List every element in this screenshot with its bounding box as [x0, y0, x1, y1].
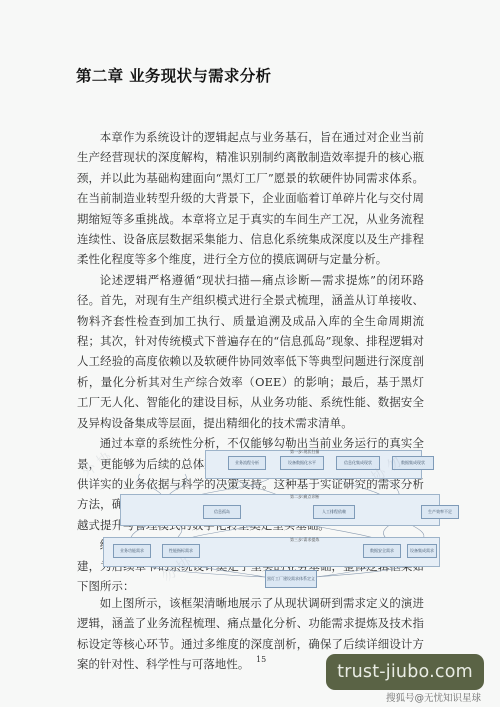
node-performance-requirements: 性能指标需求	[162, 544, 200, 558]
node-functional-requirements: 业务功能需求	[113, 544, 151, 558]
band-pain-diagnosis	[120, 494, 440, 526]
node-manual-scheduling: 人工排程依赖	[313, 505, 355, 519]
node-information-island: 信息孤岛	[203, 505, 241, 519]
chapter-title: 第二章 业务现状与需求分析	[76, 64, 271, 86]
band-label: 第二步:痛点诊断	[290, 494, 319, 500]
paragraph: 论述逻辑严格遵循“现状扫描—痛点诊断—需求提炼”的闭环路径。首先，对现有生产组织…	[77, 270, 424, 433]
band-label: 第一步:现状扫描	[290, 449, 319, 455]
logic-framework-diagram: 第一步:现状扫描 第二步:痛点诊断 第三步:需求提炼 业务流程分析 设备数据化水…	[100, 444, 435, 588]
node-equipment-digitization: 设备数据化水平	[280, 456, 324, 470]
node-data-integration: 数据集成现状	[392, 456, 434, 470]
node-integration-requirements: 设备集成需求	[407, 544, 437, 558]
watermark-caption: 搜狐号@无忧知识星球	[386, 690, 481, 704]
document-page: 第二章 业务现状与需求分析 本章作为系统设计的逻辑起点与业务基石，旨在通过对企业…	[0, 0, 500, 707]
node-it-integration: 信息化集成现状	[336, 456, 380, 470]
watermark-badge: trust-jiubo.com	[326, 654, 484, 690]
node-low-efficiency: 生产效率不足	[421, 505, 459, 519]
node-output-requirements: 黑灯工厂建设需求体系定义	[265, 570, 317, 588]
paragraph: 本章作为系统设计的逻辑起点与业务基石，旨在通过对企业当前生产经营现状的深度解构，…	[77, 127, 424, 270]
node-business-process: 业务流程分析	[228, 456, 266, 470]
band-label: 第三步:需求提炼	[290, 537, 319, 543]
node-security-requirements: 数据安全需求	[363, 544, 401, 558]
page-number: 15	[256, 655, 266, 664]
